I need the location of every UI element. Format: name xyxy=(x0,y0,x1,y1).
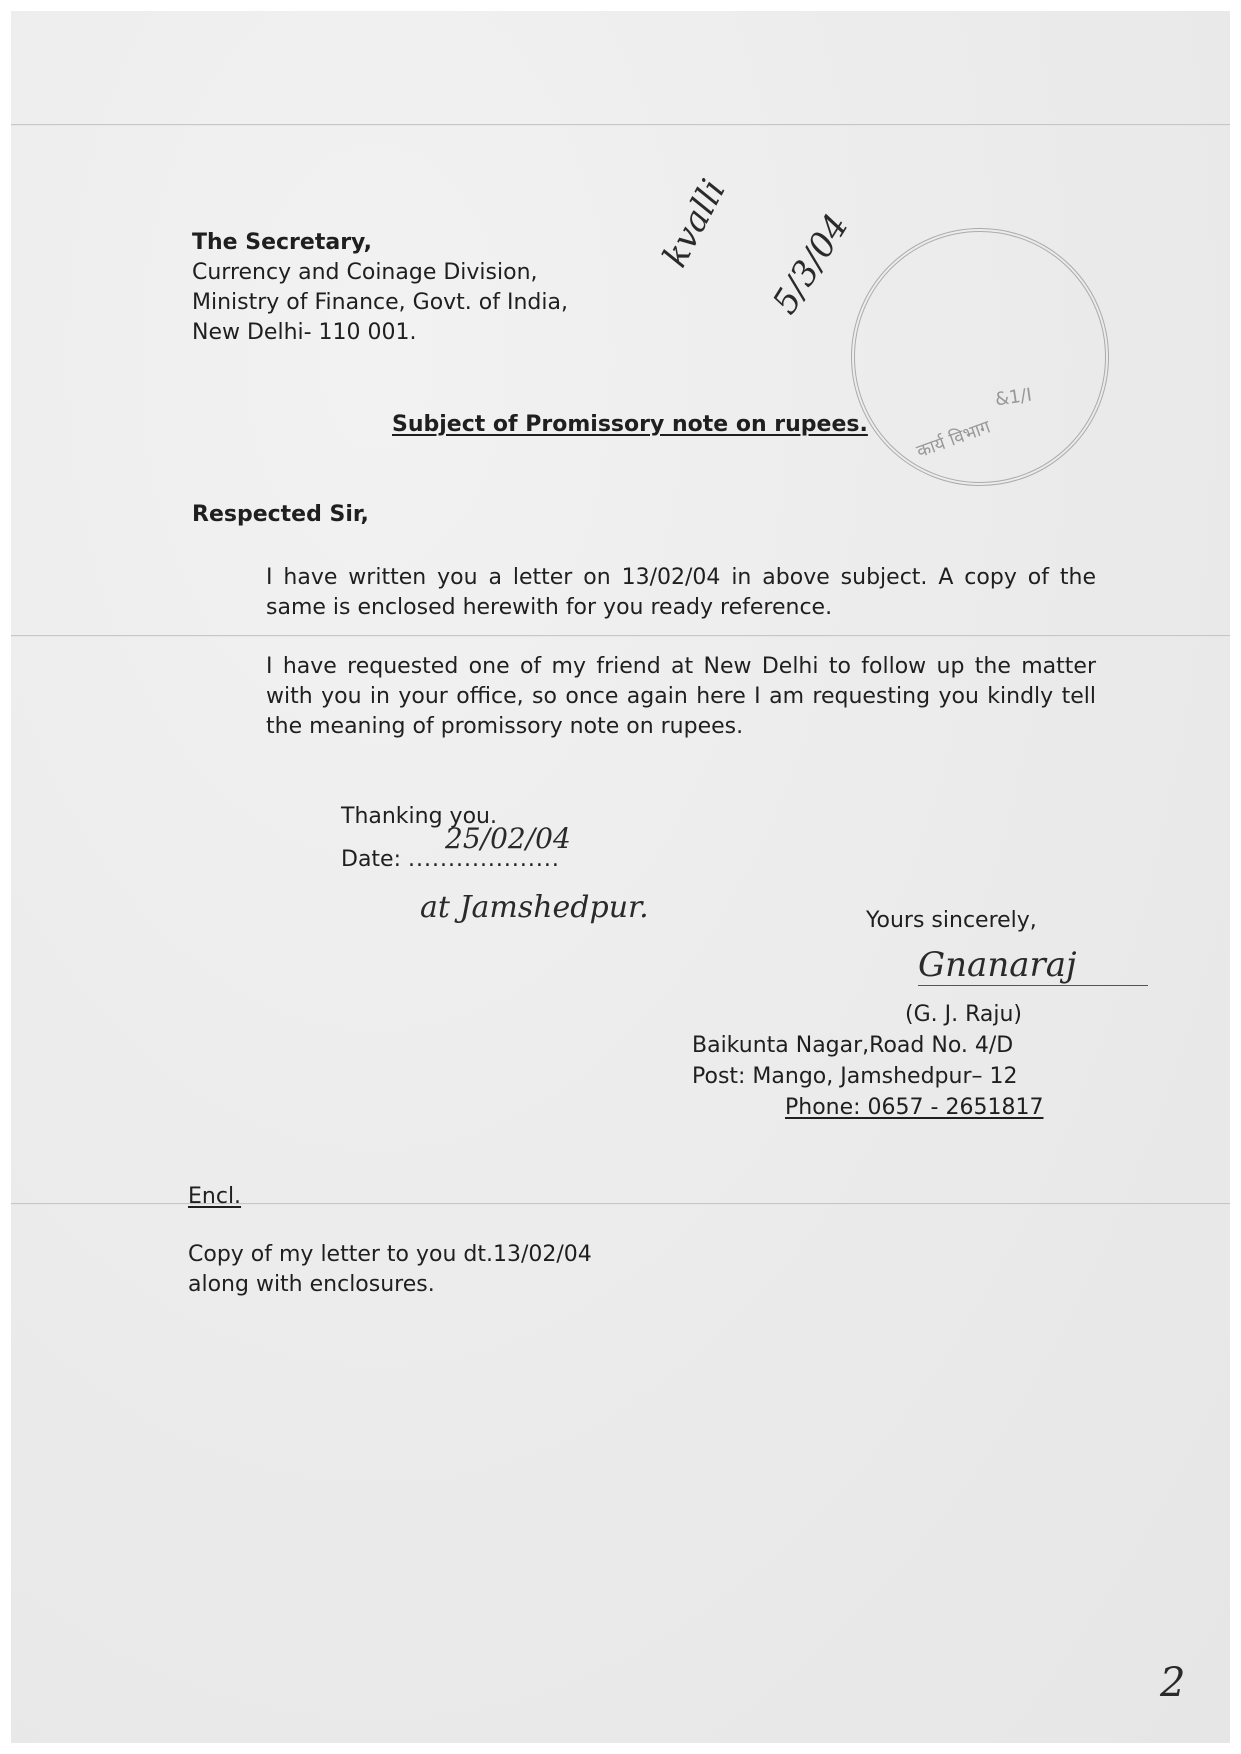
handwritten-place: at Jamshedpur. xyxy=(420,890,649,925)
enclosure-label: Encl. xyxy=(188,1182,241,1212)
enclosure-line: along with enclosures. xyxy=(188,1270,435,1300)
body-paragraph-1: I have written you a letter on 13/02/04 … xyxy=(266,563,1096,623)
salutation: Respected Sir, xyxy=(192,500,369,530)
fold-crease xyxy=(11,635,1230,637)
valediction: Yours sincerely, xyxy=(866,906,1037,936)
recipient-title: The Secretary, xyxy=(192,228,372,258)
recipient-line: Currency and Coinage Division, xyxy=(192,258,538,288)
enclosure-label-text: Encl. xyxy=(188,1184,241,1209)
enclosure-line: Copy of my letter to you dt.13/02/04 xyxy=(188,1240,592,1270)
signature-handwritten: Gnanaraj xyxy=(918,945,1148,986)
signatory-name: (G. J. Raju) xyxy=(905,1000,1022,1030)
page-number: 2 xyxy=(1160,1660,1185,1706)
fold-crease xyxy=(11,124,1230,126)
recipient-line: New Delhi- 110 001. xyxy=(192,318,417,348)
recipient-line: Ministry of Finance, Govt. of India, xyxy=(192,288,568,318)
body-paragraph-2: I have requested one of my friend at New… xyxy=(266,652,1096,742)
handwritten-date: 25/02/04 xyxy=(445,822,571,855)
letter-subject: Subject of Promissory note on rupees. xyxy=(392,410,868,440)
date-label: Date: xyxy=(341,847,401,872)
address-line-1: Baikunta Nagar,Road No. 4/D xyxy=(692,1031,1013,1061)
stamp-text: कार्य विभाग xyxy=(913,415,993,464)
address-line-2: Post: Mango, Jamshedpur– 12 xyxy=(692,1062,1018,1092)
phone-number: Phone: 0657 - 2651817 xyxy=(785,1093,1043,1123)
stamp-code: &1/I xyxy=(994,385,1033,411)
office-stamp: &1/I कार्य विभाग xyxy=(851,228,1109,486)
